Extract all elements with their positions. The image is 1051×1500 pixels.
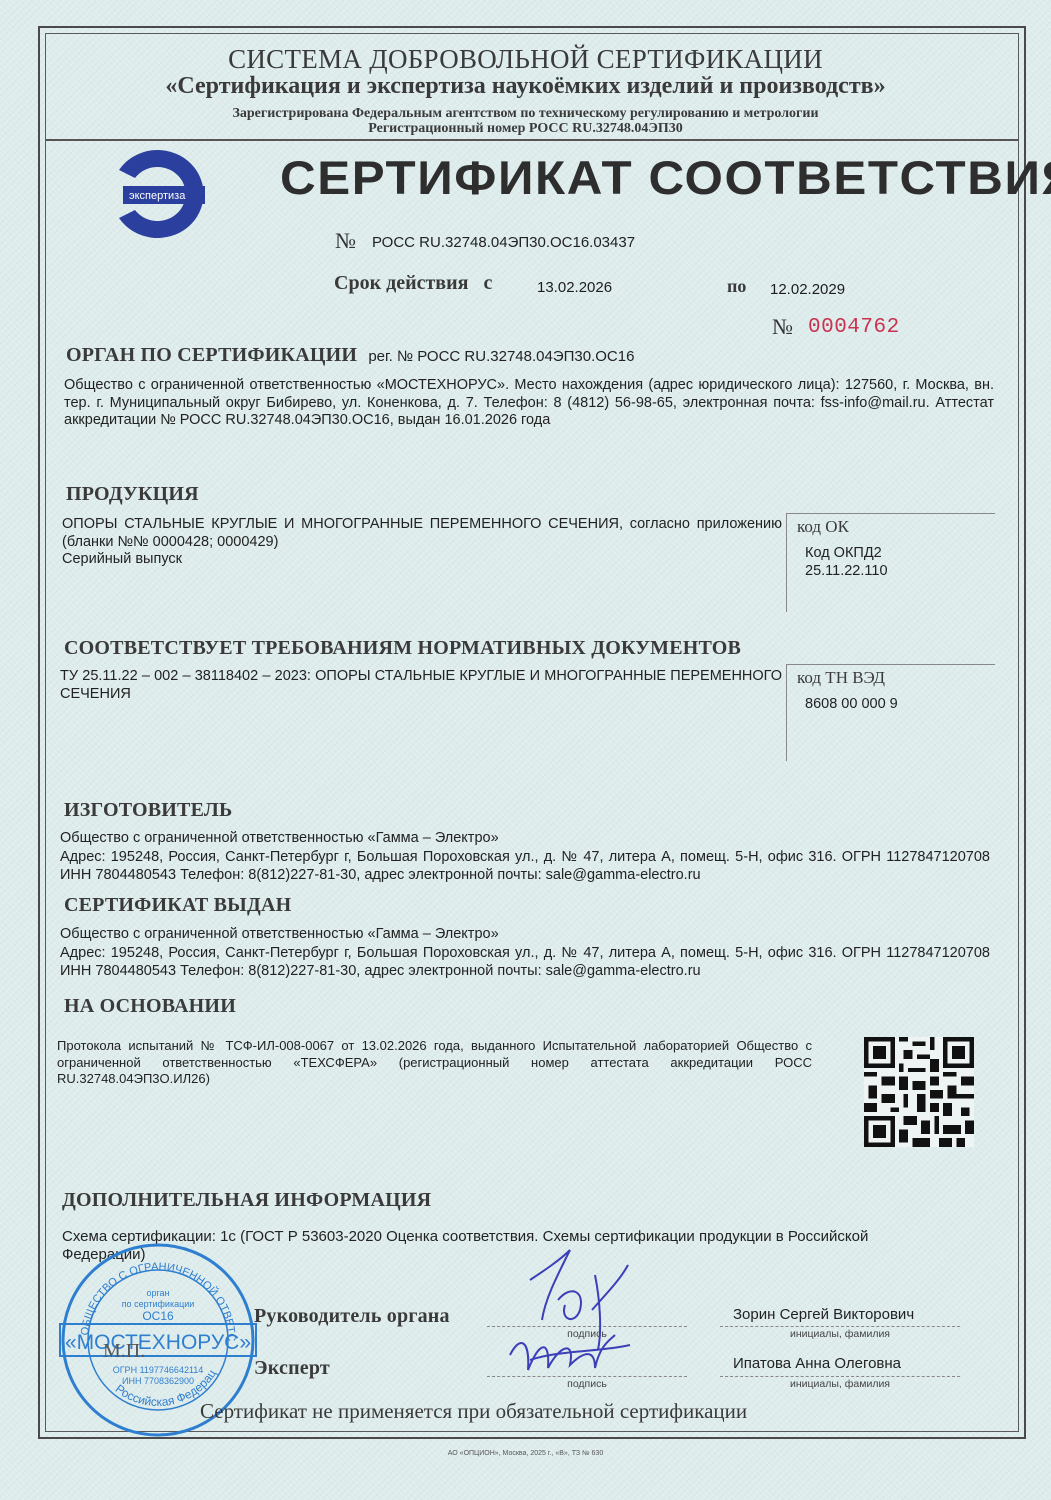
head-full-name: Зорин Сергей Викторович [733,1306,914,1324]
okpd2-code-box: код ОК Код ОКПД2 25.11.22.110 [786,513,995,612]
svg-text:экспертиза: экспертиза [129,190,186,202]
svg-text:орган: орган [146,1288,169,1298]
seal-place-label: М.П. [103,1340,145,1363]
tnved-code-title: код ТН ВЭД [797,668,995,688]
requirements-text: ТУ 25.11.22 – 002 – 38118402 – 2023: ОПО… [60,668,782,703]
svg-text:по сертификации: по сертификации [122,1299,195,1309]
registered-by: Зарегистрирована Федеральным агентством … [0,106,1051,121]
blank-number: 0004762 [808,316,900,339]
disclaimer: Сертификат не применяется при обязательн… [200,1399,747,1424]
svg-text:«МОСТЕХНОРУС»: «МОСТЕХНОРУС» [65,1331,251,1354]
valid-from: 13.02.2026 [537,279,612,296]
head-of-body-label: Руководитель органа [254,1305,450,1328]
head-name-line [720,1326,960,1327]
cert-number: РОСС RU.32748.04ЭП30.ОС16.03437 [372,234,635,251]
section-title-additional-info: ДОПОЛНИТЕЛЬНАЯ ИНФОРМАЦИЯ [62,1189,431,1212]
issued-to-name: Общество с ограниченной ответственностью… [60,926,990,944]
system-name: «Сертификация и экспертиза наукоёмких из… [0,73,1051,100]
product-release-type: Серийный выпуск [62,551,182,569]
certification-body-text: Общество с ограниченной ответственностью… [64,377,994,430]
okpd2-code-name: Код ОКПД2 [805,545,995,563]
cert-number-label: № [335,228,356,254]
head-name-caption: инициалы, фамилия [720,1328,960,1340]
system-title: СИСТЕМА ДОБРОВОЛЬНОЙ СЕРТИФИКАЦИИ [0,44,1051,75]
section-title-manufacturer: ИЗГОТОВИТЕЛЬ [64,799,232,822]
certificate-title: СЕРТИФИКАТ СООТВЕТСТВИЯ [280,150,1051,205]
section-title-issued-to: СЕРТИФИКАТ ВЫДАН [64,894,291,917]
expert-name-line [720,1376,960,1377]
validity-label: Срок действия с [334,272,492,295]
section-title-requirements: СООТВЕТСТВУЕТ ТРЕБОВАНИЯМ НОРМАТИВНЫХ ДО… [64,637,741,660]
tnved-code-box: код ТН ВЭД 8608 00 000 9 [786,664,995,761]
handwritten-signature-icon [500,1240,660,1390]
printer-note: АО «ОПЦИОН», Москва, 2025 г., «В», ТЗ № … [0,1450,1051,1457]
issued-to-address: Адрес: 195248, Россия, Санкт-Петербург г… [60,945,990,980]
manufacturer-address: Адрес: 195248, Россия, Санкт-Петербург г… [60,849,990,884]
svg-text:ИНН 7708362900: ИНН 7708362900 [122,1376,194,1386]
okpd2-code-value: 25.11.22.110 [805,563,995,581]
ok-code-title: код ОК [797,517,995,537]
section-title-product: ПРОДУКЦИЯ [66,483,199,506]
svg-text:ОС16: ОС16 [142,1309,174,1323]
section-title-basis: НА ОСНОВАНИИ [64,995,236,1018]
registration-info: Зарегистрирована Федеральным агентством … [0,106,1051,136]
expertiza-logo-icon: экспертиза [107,148,207,240]
expert-name-caption: инициалы, фамилия [720,1378,960,1390]
certification-body-reg: рег. № РОСС RU.32748.04ЭП30.ОС16 [368,348,634,365]
section-title-certification-body: ОРГАН ПО СЕРТИФИКАЦИИ рег. № РОСС RU.327… [66,344,634,367]
valid-to: 12.02.2029 [770,281,845,298]
valid-to-label: по [727,276,746,297]
qr-code-icon[interactable] [864,1037,974,1147]
svg-text:ОГРН 1197746642114: ОГРН 1197746642114 [113,1365,204,1375]
tnved-code-value: 8608 00 000 9 [805,696,995,714]
basis-text: Протокола испытаний № ТСФ-ИЛ-008-0067 от… [57,1038,812,1088]
registration-number: Регистрационный номер РОСС RU.32748.04ЭП… [0,121,1051,136]
expert-full-name: Ипатова Анна Олеговна [733,1355,901,1373]
product-description: ОПОРЫ СТАЛЬНЫЕ КРУГЛЫЕ И МНОГОГРАННЫЕ ПЕ… [62,516,782,551]
manufacturer-name: Общество с ограниченной ответственностью… [60,830,990,848]
blank-number-label: № [772,314,793,340]
header-divider [46,139,1018,141]
certification-body-title: ОРГАН ПО СЕРТИФИКАЦИИ [66,344,357,366]
expert-label: Эксперт [254,1357,330,1380]
